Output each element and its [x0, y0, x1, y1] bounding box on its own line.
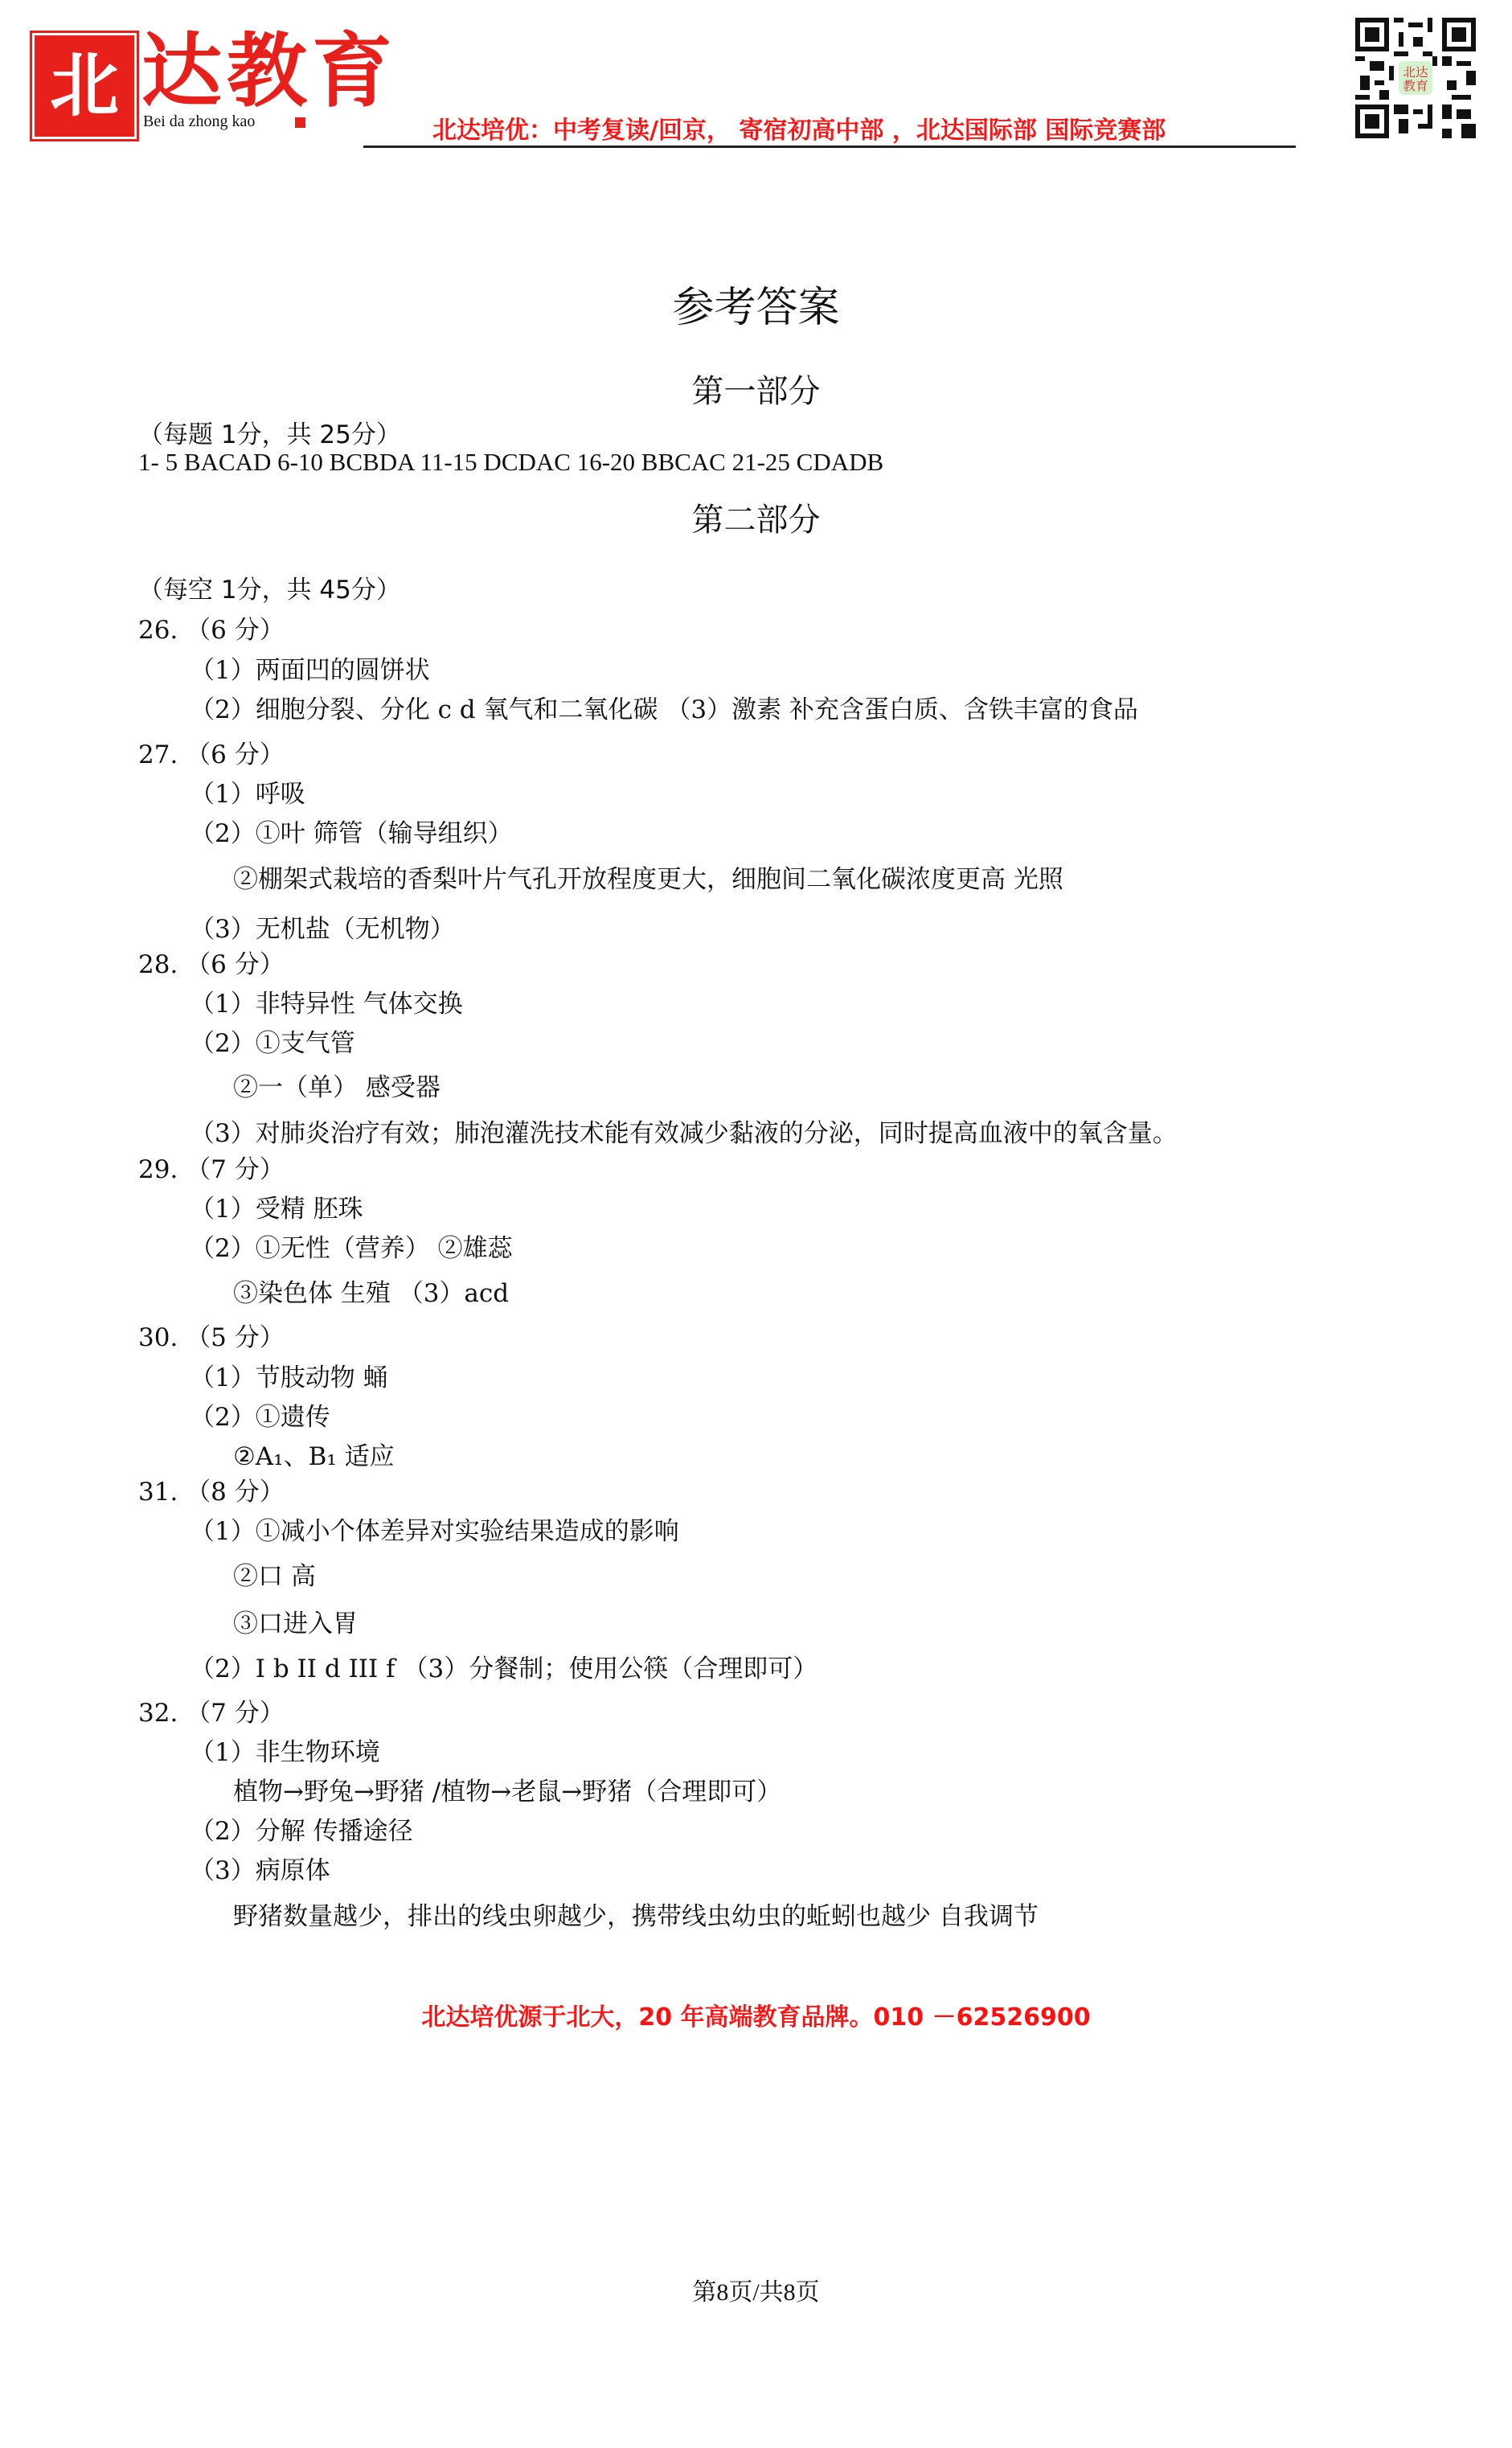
answer-line: （2）分解 传播途径: [190, 1810, 413, 1847]
question-31-header: 31. （8 分）: [138, 1471, 285, 1507]
page-title: 参考答案: [0, 273, 1512, 334]
question-points: （6 分）: [186, 616, 285, 645]
answer-line: （2）细胞分裂、分化 c d 氧气和二氧化碳 （3）激素 补充含蛋白质、含铁丰富…: [190, 689, 1138, 725]
question-number: 26.: [138, 616, 178, 645]
answer-line: （1）①减小个体差异对实验结果造成的影响: [190, 1511, 679, 1547]
answer-line: （1）非特异性 气体交换: [190, 983, 463, 1019]
logo-stamp: 北: [35, 35, 134, 137]
question-26-header: 26. （6 分）: [138, 609, 285, 646]
answer-line: （3）对肺炎治疗有效；肺泡灌洗技术能有效减少黏液的分泌，同时提高血液中的氧含量。: [190, 1113, 1178, 1149]
answer-line: （1）节肢动物 蛹: [190, 1357, 388, 1393]
question-30-header: 30. （5 分）: [138, 1317, 285, 1353]
answer-line: 植物→野兔→野猪 /植物→老鼠→野猪（合理即可）: [233, 1771, 781, 1807]
question-number: 32.: [138, 1699, 178, 1728]
part2-heading: 第二部分: [0, 494, 1512, 540]
question-number: 28.: [138, 950, 178, 979]
qr-code-icon: 北达 教育: [1355, 18, 1476, 138]
logo-stamp-char: 北: [50, 51, 119, 121]
question-number: 30.: [138, 1323, 178, 1352]
answer-line: （2）①无性（营养） ②雄蕊: [190, 1228, 513, 1264]
answer-line: （2）I b II d III f （3）分餐制；使用公筷（合理即可）: [190, 1648, 817, 1684]
answer-line: （2）①叶 筛管（输导组织）: [190, 813, 513, 849]
answer-line: （3）病原体: [190, 1850, 330, 1886]
answer-line: （1）受精 胚珠: [190, 1188, 363, 1224]
answer-line: 野猪数量越少，排出的线虫卵越少，携带线虫幼虫的蚯蚓也越少 自我调节: [233, 1896, 1039, 1932]
part1-score-note: （每题 1分，共 25分）: [138, 414, 401, 450]
header-divider: [363, 146, 1296, 148]
question-points: （7 分）: [186, 1699, 285, 1728]
question-32-header: 32. （7 分）: [138, 1692, 285, 1728]
question-27-header: 27. （6 分）: [138, 734, 285, 770]
page-number: 第8页/共8页: [0, 2272, 1512, 2307]
answer-line: ③口进入胃: [233, 1603, 358, 1639]
answer-line: （1）两面凹的圆饼状: [190, 650, 430, 686]
answer-line: ②棚架式栽培的香梨叶片气孔开放程度更大，细胞间二氧化碳浓度更高 光照: [233, 859, 1063, 895]
answer-line: ③染色体 生殖 （3）acd: [233, 1273, 509, 1309]
logo-subtitle: Bei da zhong kao: [143, 113, 255, 131]
answer-line: （1）呼吸: [190, 773, 305, 810]
question-28-header: 28. （6 分）: [138, 944, 285, 980]
header-tagline: 北达培优：中考复读/回京， 寄宿初高中部 ，北达国际部 国际竞赛部: [432, 110, 1166, 146]
question-points: （6 分）: [186, 740, 285, 769]
answer-line: ②一（单） 感受器: [233, 1067, 440, 1103]
answer-line: （2）①遗传: [190, 1396, 330, 1433]
answer-line: ②口 高: [233, 1556, 316, 1592]
question-number: 29.: [138, 1155, 178, 1184]
logo-text: 达教育: [141, 31, 397, 111]
logo-square-icon: [295, 117, 305, 128]
question-number: 31.: [138, 1478, 178, 1507]
question-points: （6 分）: [186, 950, 285, 979]
answer-line: （2）①支气管: [190, 1023, 355, 1059]
part2-score-note: （每空 1分，共 45分）: [138, 569, 401, 605]
answer-line: ②A₁、B₁ 适应: [233, 1436, 395, 1472]
svg-text:北达: 北达: [1403, 65, 1428, 80]
footer-advertisement: 北达培优源于北大，20 年高端教育品牌。010 －62526900: [0, 1997, 1512, 2032]
question-29-header: 29. （7 分）: [138, 1149, 285, 1185]
question-points: （7 分）: [186, 1155, 285, 1184]
answer-line: （1）非生物环境: [190, 1732, 380, 1768]
answer-line: （3）无机盐（无机物）: [190, 908, 455, 945]
svg-text:教育: 教育: [1403, 79, 1428, 93]
question-number: 27.: [138, 740, 178, 769]
part1-heading: 第一部分: [0, 366, 1512, 412]
question-points: （8 分）: [186, 1478, 285, 1507]
part1-answers: 1- 5 BACAD 6-10 BCBDA 11-15 DCDAC 16-20 …: [138, 448, 883, 477]
question-points: （5 分）: [186, 1323, 285, 1352]
